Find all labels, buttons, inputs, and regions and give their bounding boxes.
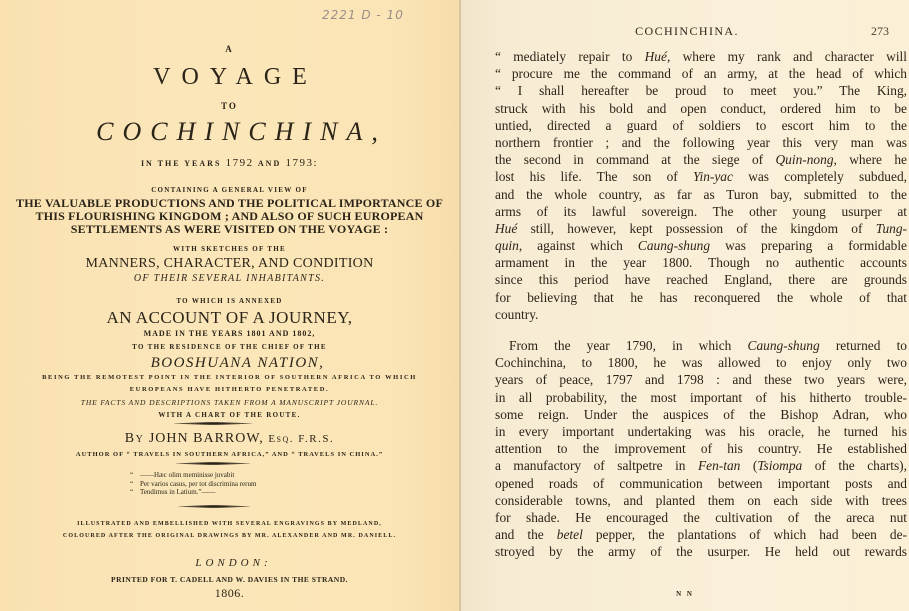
text-line: struck with his bold and open conduct, o…	[495, 100, 907, 117]
text-line: quin, against which Caung-shung was prep…	[495, 237, 907, 254]
text-line: untied, directed a guard of soldiers to …	[495, 117, 907, 134]
imprint-printer: PRINTED FOR T. CADELL AND W. DAVIES IN T…	[0, 575, 459, 584]
text-line: years of peace, 1797 and 1798 : and thes…	[495, 371, 907, 388]
text-line: the second in command at the siege of Qu…	[495, 151, 907, 168]
author-suffix: Esq. F.R.S.	[268, 433, 334, 445]
text-run: attention to the improvement of his coun…	[495, 441, 907, 456]
text-run: , where my rank and character will	[667, 49, 907, 64]
nation-heading: BOOSHUANA NATION,	[0, 355, 467, 372]
text-run: armament in the year 1800. Though no aut…	[495, 255, 907, 270]
imprint-date: 1806.	[0, 586, 459, 601]
text-run: arms of its lawful sovereign. The other …	[495, 204, 907, 219]
text-run: returned to	[820, 338, 907, 353]
text-line: stroyed by the army of the usurper. He h…	[495, 543, 907, 560]
manners-heading: MANNERS, CHARACTER, AND CONDITION	[0, 256, 459, 272]
journey-heading: AN ACCOUNT OF A JOURNEY,	[0, 308, 459, 328]
text-line: since this period have reached England, …	[495, 271, 907, 288]
paragraph-break	[495, 323, 907, 337]
text-run: for shade. He encouraged the cultivation…	[495, 510, 907, 525]
title-main-voyage: VOYAGE	[0, 64, 465, 91]
containing-label: Containing a general view of	[0, 186, 459, 194]
with-sketches-label: With sketches of the	[0, 245, 459, 253]
text-run: in every important undertaking was his o…	[495, 424, 907, 439]
text-run: “ mediately repair to	[495, 49, 645, 64]
ornamental-rule	[176, 462, 250, 465]
text-line: arms of its lawful sovereign. The other …	[495, 203, 907, 220]
title-article: A	[0, 44, 459, 54]
text-run: of the charts),	[802, 458, 907, 473]
text-run: considerable towns, and planted them on …	[495, 493, 907, 508]
text-line: “ mediately repair to Hué, where my rank…	[495, 48, 907, 65]
text-line: considerable towns, and planted them on …	[495, 492, 907, 509]
illustrated-line-1: Illustrated and embellished with several…	[0, 521, 459, 527]
title-page: 2221 D - 10 A VOYAGE TO COCHINCHINA, IN …	[0, 0, 459, 611]
text-run: still, however, kept possession of the k…	[517, 221, 875, 236]
subtitle-line-3: SETTLEMENTS AS WERE VISITED ON THE VOYAG…	[0, 223, 459, 236]
text-line: lost his life. The son of Yin-yac was co…	[495, 168, 907, 185]
text-run: “ I shall hereafter be proud to meet you…	[495, 83, 907, 98]
text-run: pepper, the plantations of which had bee…	[583, 527, 907, 542]
author-name: JOHN BARROW,	[149, 431, 264, 446]
being-line-2: Europeans have hitherto penetrated.	[0, 386, 459, 393]
text-line: in every important undertaking was his o…	[495, 423, 907, 440]
book-spread: 2221 D - 10 A VOYAGE TO COCHINCHINA, IN …	[0, 0, 909, 611]
italic-term: Yin-yac	[693, 169, 733, 184]
text-run: the second in command at the siege of	[495, 152, 776, 167]
text-line: armament in the year 1800. Though no aut…	[495, 254, 907, 271]
text-line: country.	[495, 306, 907, 323]
annexed-label: To which is annexed	[0, 297, 459, 305]
text-run: “ procure me the command of an army, at …	[495, 66, 907, 81]
author-of-line: Author of “ Travels in Southern Africa,”…	[0, 451, 459, 458]
text-run: was preparing a formidable	[710, 238, 907, 253]
text-line: for believing that he has reconquered th…	[495, 289, 907, 306]
text-line: “ procure me the command of an army, at …	[495, 65, 907, 82]
year-1: 1792	[226, 157, 254, 169]
imprint-city: LONDON:	[0, 557, 463, 569]
text-run: in all probability, the most important o…	[495, 390, 907, 405]
text-run: , against which	[519, 238, 638, 253]
text-line: in all probability, the most important o…	[495, 389, 907, 406]
text-run: , where he	[834, 152, 907, 167]
text-run: some reign. Under the auspices of the Bi…	[495, 407, 907, 422]
text-line: a manufactory of saltpetre in Fen-tan (T…	[495, 457, 907, 474]
text-run: struck with his bold and open conduct, o…	[495, 101, 907, 116]
author-line: By JOHN BARROW, Esq. F.R.S.	[0, 431, 459, 447]
italic-term: Quin-nong	[776, 152, 834, 167]
title-to: TO	[0, 101, 459, 111]
running-head: COCHINCHINA.	[461, 24, 909, 39]
years-and: AND	[258, 159, 281, 168]
journey-years: MADE IN THE YEARS 1801 AND 1802,	[0, 329, 459, 338]
shelfmark-pencil-note: 2221 D - 10	[322, 8, 404, 22]
body-text: “ mediately repair to Hué, where my rank…	[495, 48, 907, 560]
italic-term: Hué	[645, 49, 667, 64]
text-run: (	[740, 458, 757, 473]
text-run: Cochinchina, to 1800, he was allowed to …	[495, 355, 907, 370]
text-run: and the whole country, as far as Turon b…	[495, 187, 907, 202]
text-line: and the whole country, as far as Turon b…	[495, 186, 907, 203]
text-run: country.	[495, 307, 538, 322]
signature-mark: N N	[461, 590, 909, 598]
italic-term: Caung-shung	[748, 338, 820, 353]
motto-line: “Per varios casus, per tot discrimina re…	[130, 480, 256, 489]
text-line: for shade. He encouraged the cultivation…	[495, 509, 907, 526]
italic-term: Hué	[495, 221, 517, 236]
italic-term: Caung-shung	[638, 238, 710, 253]
text-line: attention to the improvement of his coun…	[495, 440, 907, 457]
text-run: since this period have reached England, …	[495, 272, 907, 287]
text-run: for believing that he has reconquered th…	[495, 290, 907, 305]
text-run: lost his life. The son of	[495, 169, 693, 184]
motto-line: “——Hæc olim meminisse juvabit	[130, 471, 256, 480]
italic-term: Tsiompa	[757, 458, 802, 473]
italic-term: betel	[557, 527, 583, 542]
text-line: some reign. Under the auspices of the Bi…	[495, 406, 907, 423]
text-run: From the year 1790, in which	[509, 338, 748, 353]
being-line-1: Being the remotest point in the interior…	[0, 374, 459, 381]
title-years: IN THE YEARS 1792 AND 1793:	[0, 157, 459, 169]
italic-term: quin	[495, 238, 519, 253]
facts-line: The facts and descriptions taken from a …	[0, 398, 459, 407]
text-run: years of peace, 1797 and 1798 : and thes…	[495, 372, 907, 387]
years-suffix: :	[314, 157, 319, 169]
text-run: was completely subdued,	[733, 169, 907, 184]
text-line: northern frontier ; and the following ye…	[495, 134, 907, 151]
page-number: 273	[871, 24, 889, 39]
title-main-cochinchina: COCHINCHINA,	[0, 117, 471, 147]
illustrated-line-2: coloured after the original drawings by …	[0, 533, 459, 539]
text-line: opened roads of communication between im…	[495, 475, 907, 492]
ornamental-rule	[174, 422, 252, 425]
text-run: and the	[495, 527, 557, 542]
text-line: and the betel pepper, the plantations of…	[495, 526, 907, 543]
latin-motto: “——Hæc olim meminisse juvabit “Per vario…	[130, 471, 256, 497]
text-page: COCHINCHINA. 273 “ mediately repair to H…	[461, 0, 909, 611]
years-prefix: IN THE YEARS	[141, 159, 221, 168]
text-run: stroyed by the army of the usurper. He h…	[495, 544, 907, 559]
chart-line: With a chart of the route.	[0, 411, 459, 419]
text-run: untied, directed a guard of soldiers to …	[495, 118, 907, 133]
text-line: Cochinchina, to 1800, he was allowed to …	[495, 354, 907, 371]
by-prefix: By	[125, 431, 145, 446]
motto-line: “Tendimus in Latium.”——	[130, 488, 256, 497]
text-line: From the year 1790, in which Caung-shung…	[495, 337, 907, 354]
text-run: northern frontier ; and the following ye…	[495, 135, 907, 150]
italic-term: Tung-	[876, 221, 907, 236]
residence-label: To the residence of the chief of the	[0, 343, 459, 351]
text-line: “ I shall hereafter be proud to meet you…	[495, 82, 907, 99]
text-line: Hué still, however, kept possession of t…	[495, 220, 907, 237]
text-run: opened roads of communication between im…	[495, 476, 907, 491]
italic-term: Fen-tan	[698, 458, 740, 473]
text-run: a manufactory of saltpetre in	[495, 458, 698, 473]
year-2: 1793	[286, 157, 314, 169]
inhabitants-line: OF THEIR SEVERAL INHABITANTS.	[0, 273, 459, 284]
ornamental-rule	[178, 505, 250, 508]
